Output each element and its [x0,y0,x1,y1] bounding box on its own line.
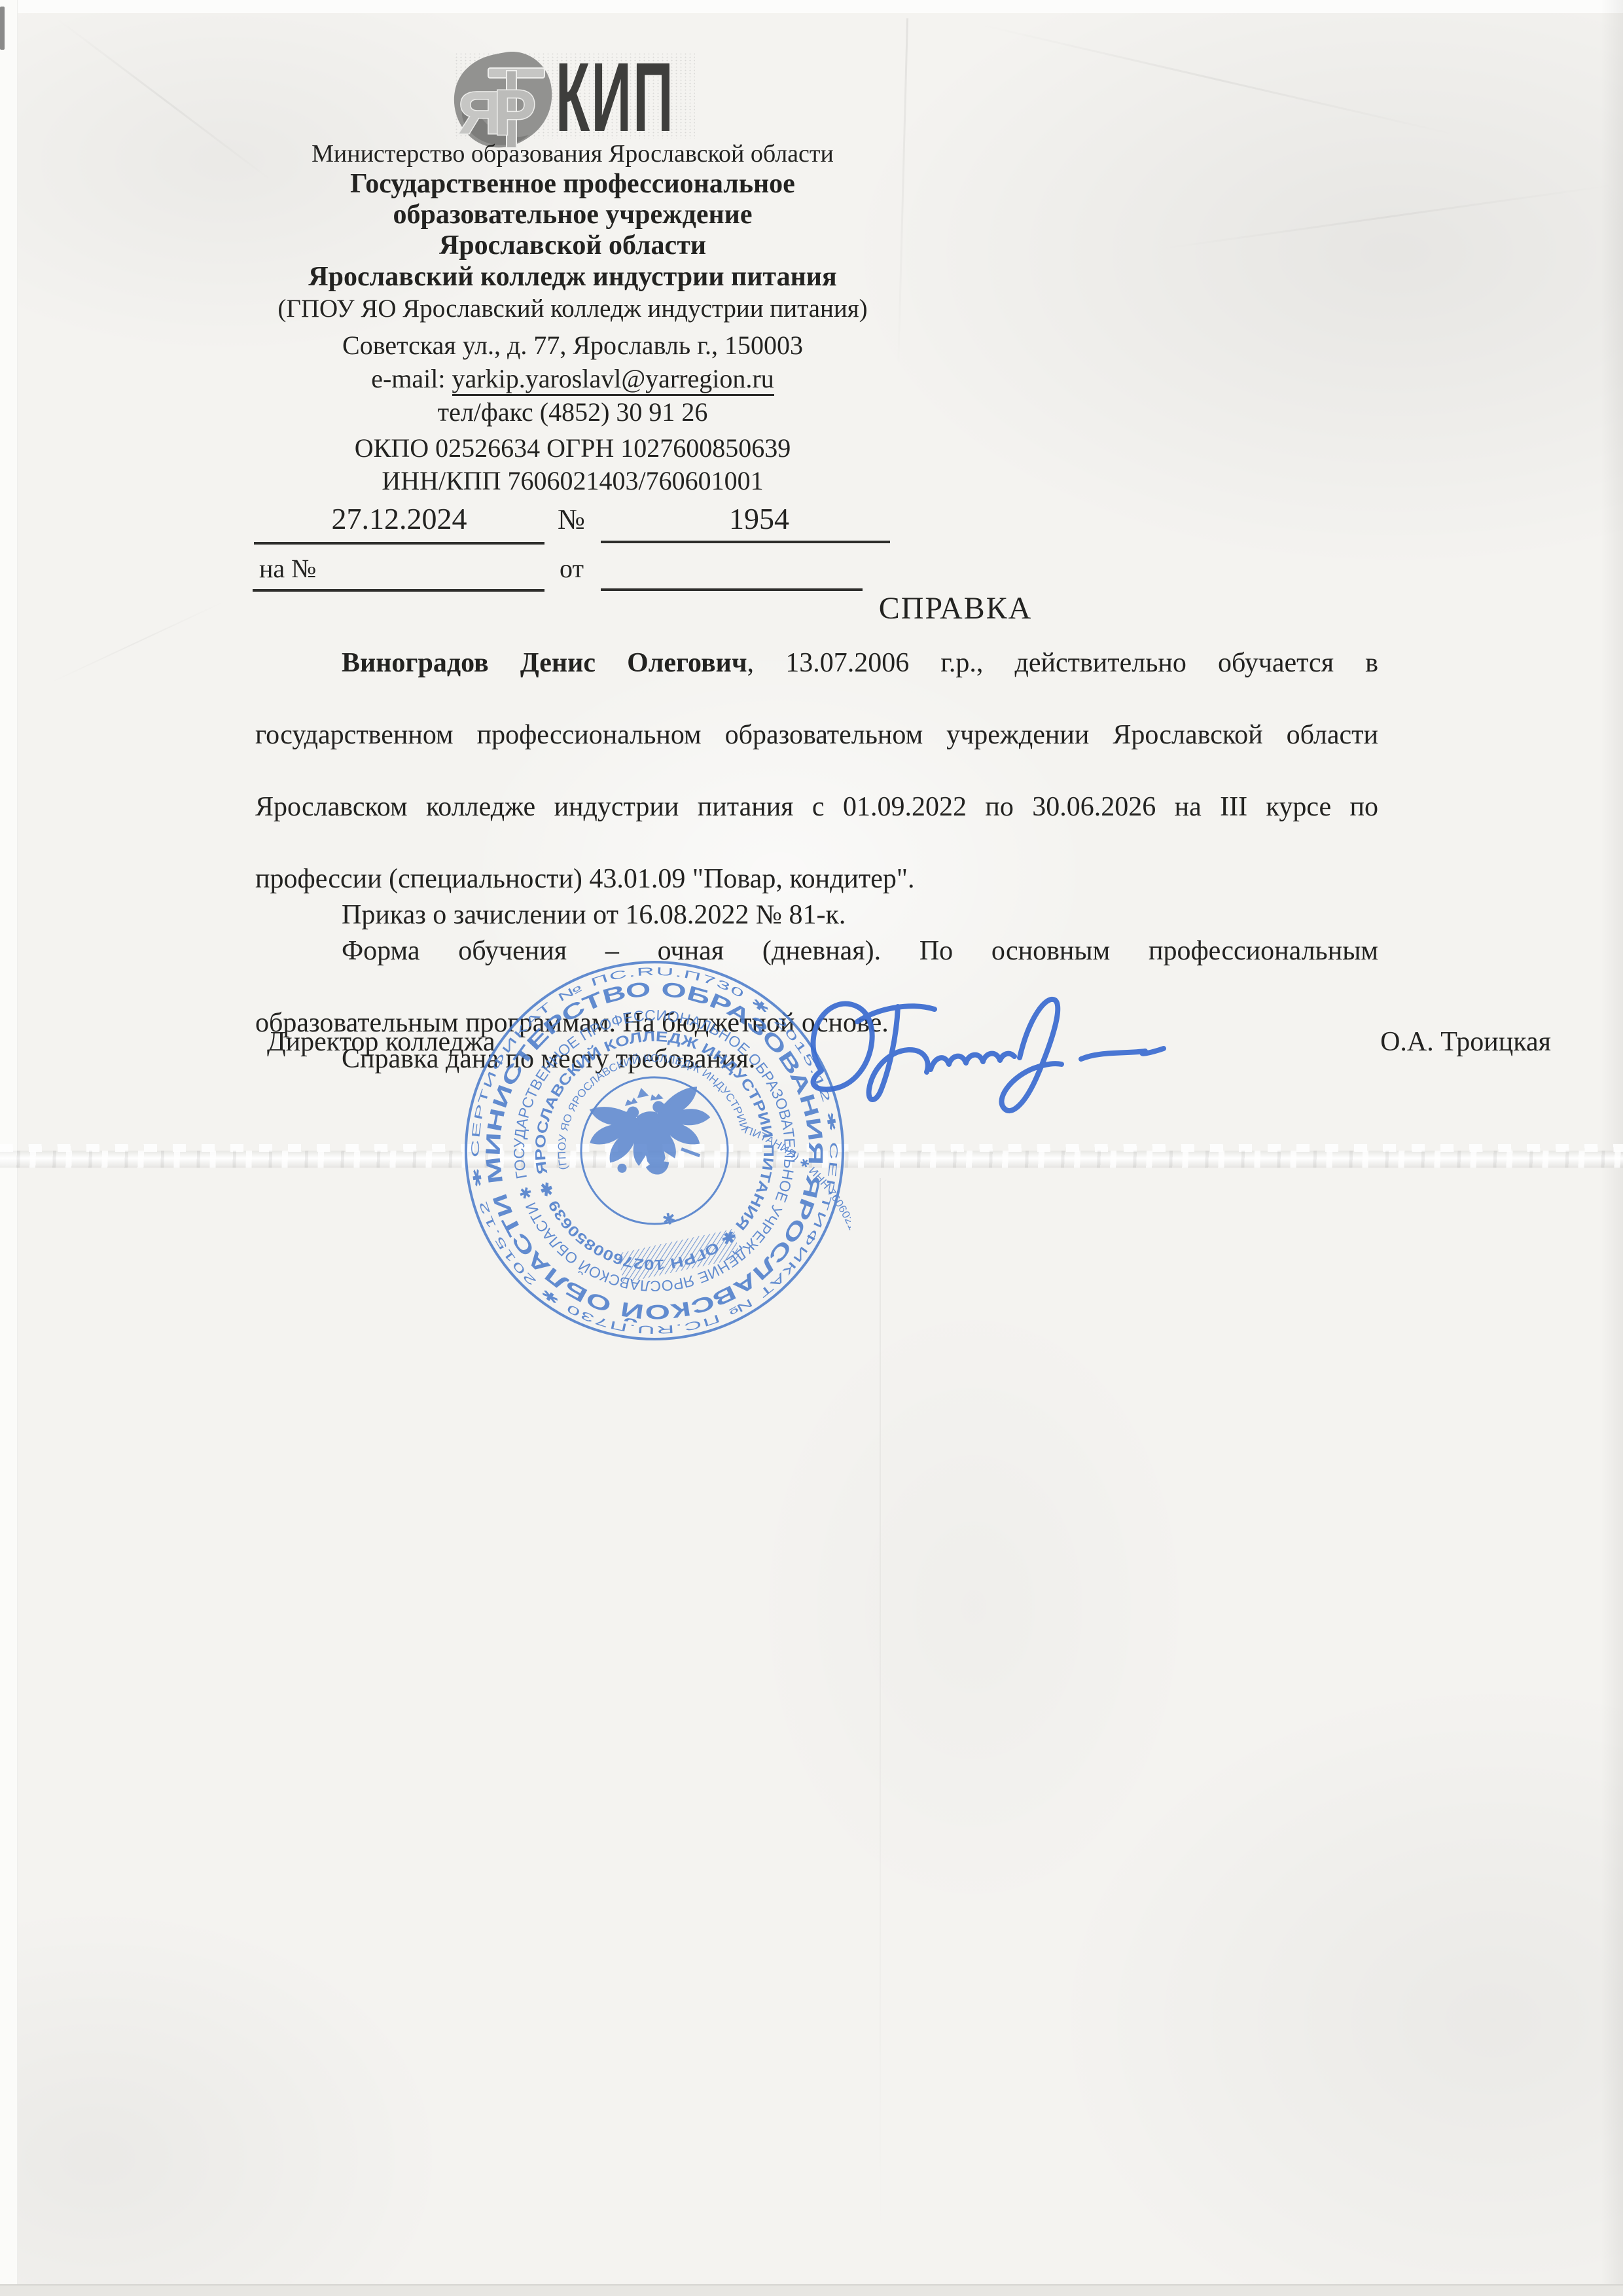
logo-letter-r: Р [493,77,536,148]
body-line: Виноградов Денис Олегович, 13.07.2006 г.… [255,645,1378,717]
yarkip-logo-icon: Я Р [452,50,558,148]
reply-number-underline [253,589,544,592]
college-abbreviation: (ГПОУ ЯО Ярославский колледж индустрии п… [209,293,936,324]
date-underline [254,542,544,545]
director-signature-icon [759,973,1217,1169]
phone-line: тел/факс (4852) 30 91 26 [209,395,936,429]
postal-address: Советская ул., д. 77, Ярославль г., 1500… [209,329,936,362]
scan-edge-bottom [0,2284,1623,2296]
logo-text: КИП [556,55,675,140]
paper-crease [974,23,1459,137]
paper-crease [48,600,227,685]
letterhead: Министерство образования Ярославской обл… [209,139,936,324]
body-line: профессии (специальности) 43.01.09 "Пова… [255,861,1378,897]
inn-kpp-line: ИНН/КПП 7606021403/760601001 [209,465,936,497]
reply-from-label: от [560,553,584,584]
org-line-1: Государственное профессиональное [209,169,936,200]
email-label: e-mail: [371,364,452,393]
reply-to-number-label: на № [259,553,316,584]
signer-name: О.А. Троицкая [1322,1026,1551,1058]
student-name: Виноградов Денис Олегович [342,648,747,678]
document-number: 1954 [654,501,864,536]
scan-edge-top [0,0,1623,13]
paper-crease [1154,183,1620,251]
body-line-text: , 13.07.2006 г.р., действительно обучает… [747,648,1378,678]
org-line-2: образовательное учреждение [209,200,936,230]
okpo-ogrn-line: ОКПО 02526634 ОГРН 1027600850639 [209,432,936,465]
number-sign: № [558,503,585,536]
email-line: e-mail: yarkip.yaroslavl@yarregion.ru [209,362,936,395]
college-name: Ярославский колледж индустрии питания [209,261,936,293]
body-line: Ярославском колледже индустрии питания с… [255,789,1378,861]
body-line: государственном профессиональном образов… [255,717,1378,789]
registry-codes-block: ОКПО 02526634 ОГРН 1027600850639 ИНН/КПП… [209,432,936,497]
scanned-certificate-page: Я Р КИП Министерство образования Ярослав… [0,0,1623,2296]
document-date: 27.12.2024 [255,501,543,536]
paper-crease [880,1178,881,2251]
contact-block: Советская ул., д. 77, Ярославль г., 1500… [209,329,936,429]
email-address: yarkip.yaroslavl@yarregion.ru [452,364,774,396]
ministry-line: Министерство образования Ярославской обл… [209,139,936,169]
body-line: Приказ о зачислении от 16.08.2022 № 81-к… [255,897,1378,933]
stamp-star: ✱ [661,1210,677,1230]
document-title: СПРАВКА [811,590,1099,626]
number-underline [601,541,890,543]
scan-corner-mark [0,7,5,50]
org-line-3: Ярославской области [209,230,936,261]
